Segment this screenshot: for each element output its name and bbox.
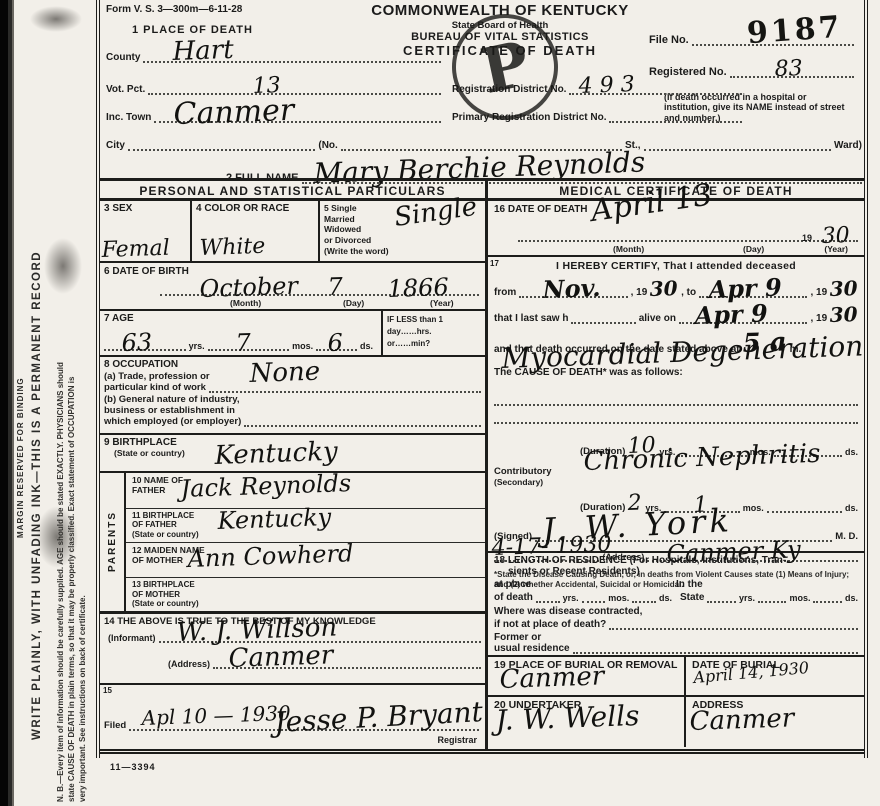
voting-precinct-label: Vot. Pct. xyxy=(106,84,145,95)
place-of-death-title: 1 PLACE OF DEATH xyxy=(132,24,253,36)
sex-value: Femal xyxy=(101,240,170,261)
file-number-value: 9187 xyxy=(746,10,844,52)
certify-saw1: that I last saw h xyxy=(494,313,568,324)
certify-to-value: Apr 9 xyxy=(708,277,782,300)
occupation-a2: particular kind of work xyxy=(104,382,206,393)
sex-race-marital-row: 3 SEX Femal 4 COLOR OR RACE White 5 Sing… xyxy=(100,201,485,263)
if-not-label: if not at place of death? xyxy=(494,619,606,630)
if-not-blank xyxy=(609,627,858,630)
occupation-b1: (b) General nature of industry, xyxy=(104,394,481,405)
certify-saw-line: that I last saw h alive on Apr 9 , 19 30 xyxy=(494,307,858,324)
margin-nb-note: N. B.—Every item of information should b… xyxy=(56,6,87,802)
contributory-label: Contributory xyxy=(494,466,552,477)
informant-address-line: (Address) Canmer xyxy=(168,659,481,669)
residence-state-label: State xyxy=(680,592,704,603)
certify-y1-value: 30 xyxy=(650,280,678,298)
contributory-field: Contributory Chronic Nephritis (Secondar… xyxy=(494,461,858,487)
residence-yrs-label: yrs. xyxy=(563,593,579,603)
sex-field: 3 SEX Femal xyxy=(100,201,192,261)
medical-column: MEDICAL CERTIFICATE OF DEATH 16 DATE OF … xyxy=(488,178,864,749)
informant-value: W. J. Willson xyxy=(176,616,337,644)
residence-in-the-label: In the xyxy=(676,579,703,590)
registrar-label: Registrar xyxy=(437,735,477,745)
contributory-value: Chronic Nephritis xyxy=(583,443,821,473)
city-label: City xyxy=(106,140,125,151)
usual-residence-blank xyxy=(573,651,858,654)
occupation-b3: which employed (or employer) xyxy=(104,416,241,427)
personal-column: PERSONAL AND STATISTICAL PARTICULARS 3 S… xyxy=(100,178,488,749)
mother-birthplace-label: 13 BIRTHPLACE OF MOTHER (State or countr… xyxy=(132,580,479,609)
occupation-b3-line: which employed (or employer) xyxy=(104,416,481,427)
undertaker-address-value: Canmer xyxy=(689,707,794,733)
margin-nb-line1: N. B.—Every item of information should b… xyxy=(56,6,65,802)
undertaker-row: 20 UNDERTAKER J. W. Wells ADDRESS Canmer xyxy=(488,697,864,747)
informant-row: 14 THE ABOVE IS TRUE TO THE BEST OF MY K… xyxy=(100,613,485,685)
county-label: County xyxy=(106,52,140,63)
age-label: 7 AGE xyxy=(104,313,377,324)
residence-row: 18 LENGTH OF RESIDENCE (For Hospitals, I… xyxy=(488,553,864,657)
parents-sidebar: PARENTS xyxy=(100,473,126,611)
occupation-b2: business or establishment in xyxy=(104,405,481,416)
file-number-label: File No. xyxy=(649,34,689,46)
dob-year-value: 1866 xyxy=(387,276,449,299)
contributory-duration-mos: mos. xyxy=(743,503,764,513)
registered-number-value: 83 xyxy=(774,60,803,80)
filed-row: 15 Filed Apl 10 — 1930 Jesse P. Bryant R… xyxy=(100,685,485,751)
age-months-value: 7 xyxy=(235,332,251,353)
dod-day-label: (Day) xyxy=(743,244,764,254)
age-months-blank: 7 xyxy=(208,348,290,351)
margin-permanent-note: WRITE PLAINLY, WITH UNFADING INK—THIS IS… xyxy=(31,80,43,740)
burial-date-field: DATE OF BURIAL April 14, 1930 xyxy=(686,657,864,695)
margin-binding-note: MARGIN RESERVED FOR BINDING xyxy=(16,318,25,538)
dod-month-label: (Month) xyxy=(613,244,644,254)
mother-name-value: Ann Cowherd xyxy=(187,543,353,569)
birthplace-value: Kentucky xyxy=(214,441,338,467)
race-value: White xyxy=(199,238,265,259)
father-birthplace-field: 11 BIRTHPLACE OF FATHER (State or countr… xyxy=(126,509,485,543)
date-of-birth-row: 6 DATE OF BIRTH October 7 1866 (Month) (… xyxy=(100,263,485,311)
informant-address-blank: Canmer xyxy=(213,666,481,669)
father-birthplace-value: Kentucky xyxy=(217,507,331,531)
cause-blank-line1 xyxy=(494,404,858,406)
secondary-label: (Secondary) xyxy=(494,477,858,487)
burial-place-field: 19 PLACE OF BURIAL OR REMOVAL Canmer xyxy=(488,657,686,695)
age-less-than-day-note: IF LESS than 1 day……hrs. or……min? xyxy=(381,311,485,355)
informant-label: (Informant) xyxy=(108,633,156,643)
certify-from-value: Nov. xyxy=(543,278,602,300)
certify-y2-value: 30 xyxy=(830,280,858,298)
dob-month-label: (Month) xyxy=(230,298,261,308)
certify-from-blank: Nov. xyxy=(519,295,627,298)
usual-residence-line: usual residence xyxy=(494,643,858,654)
informant-address-value: Canmer xyxy=(228,644,333,670)
inc-town-value: Canmer xyxy=(173,97,295,127)
death-certificate-scan: MARGIN RESERVED FOR BINDING WRITE PLAINL… xyxy=(0,0,880,806)
residence-state-line: State yrs. mos. ds. xyxy=(680,592,858,603)
parents-fields: 10 NAME OF FATHER Jack Reynolds 11 BIRTH… xyxy=(126,473,485,611)
inc-town-label: Inc. Town xyxy=(106,112,151,123)
informant-address-label: (Address) xyxy=(168,659,210,669)
undertaker-value: J. W. Wells xyxy=(495,704,640,733)
registration-district-blank: 4 9 3 xyxy=(569,92,742,95)
occupation-b-blank xyxy=(244,424,481,427)
date-of-death-row: 16 DATE OF DEATH April 13 19 30 (Month) … xyxy=(488,201,864,257)
dob-month-value: October xyxy=(199,275,298,299)
mother-birthplace-field: 13 BIRTHPLACE OF MOTHER (State or countr… xyxy=(126,578,485,611)
registered-number-blank: 83 xyxy=(730,75,854,78)
dod-year-label: (Year) xyxy=(824,244,848,254)
cause-of-death-value: Myocardial Degeneration xyxy=(501,334,863,370)
certify-y1-printed: , 19 xyxy=(631,287,648,298)
registered-number-field: Registered No. 83 xyxy=(649,66,854,78)
residence-mos-label: mos. xyxy=(608,593,629,603)
state-yrs-blank xyxy=(707,600,736,603)
certify-to-label: , to xyxy=(681,287,696,298)
dob-day-value: 7 xyxy=(327,276,343,297)
filed-number: 15 xyxy=(103,686,112,695)
certification-row: 17 I HEREBY CERTIFY, That I attended dec… xyxy=(488,257,864,553)
state-mos-label: mos. xyxy=(789,593,810,603)
dod-year-printed: 19 xyxy=(802,233,812,243)
age-years-blank: 63 xyxy=(104,348,186,351)
age-years-label: yrs. xyxy=(189,341,205,351)
residence-ds-blank xyxy=(632,600,656,603)
state-yrs-label: yrs. xyxy=(739,593,755,603)
age-field: 7 AGE 63 yrs. 7 mos. 6 xyxy=(100,311,381,355)
signed-md-label: M. D. xyxy=(835,531,858,542)
filed-date-value: Apl 10 — 1930 xyxy=(141,705,291,727)
city-field: City (No. St., Ward) xyxy=(106,140,862,151)
certify-saw-value: Apr 9 xyxy=(694,303,768,326)
certify-saw-blank2: Apr 9 xyxy=(679,321,808,324)
certify-y3-printed: , 19 xyxy=(810,313,827,324)
dob-day-label: (Day) xyxy=(343,298,364,308)
contributory-duration-ds: ds. xyxy=(845,503,858,513)
cause-blank-line2 xyxy=(494,422,858,424)
certify-y2-printed: , 19 xyxy=(810,287,827,298)
ward-label: Ward) xyxy=(834,140,862,151)
residence-place-row: at place In the xyxy=(494,579,858,590)
occupation-row: 8 OCCUPATION (a) Trade, profession or pa… xyxy=(100,357,485,435)
margin-nb-line2: state CAUSE OF DEATH in plain terms, so … xyxy=(67,6,76,802)
contributory-duration-ds-blank xyxy=(767,510,842,513)
voting-precinct-blank: 13 xyxy=(148,92,441,95)
p-stamp-letter: P xyxy=(475,26,536,107)
certify-number: 17 xyxy=(490,259,499,268)
race-label: 4 COLOR OR RACE xyxy=(196,203,314,214)
residence-of-death-line: of death yrs. mos. ds. xyxy=(494,592,672,603)
race-field: 4 COLOR OR RACE White xyxy=(192,201,320,261)
certify-line1: I HEREBY CERTIFY, That I attended deceas… xyxy=(494,260,858,272)
occupation-a-blank xyxy=(209,390,481,393)
cause-duration-ds: ds. xyxy=(845,447,858,457)
undertaker-field: 20 UNDERTAKER J. W. Wells xyxy=(488,697,686,747)
if-not-line: if not at place of death? xyxy=(494,619,858,630)
disease-contracted-label: Where was disease contracted, xyxy=(494,606,858,617)
primary-registration-blank xyxy=(609,120,742,123)
residence-yrs-blank xyxy=(536,600,560,603)
burial-place-value: Canmer xyxy=(499,665,604,691)
residence-in-the: In the xyxy=(676,579,858,590)
residence-ds-label: ds. xyxy=(659,593,672,603)
age-row: 7 AGE 63 yrs. 7 mos. 6 xyxy=(100,311,485,357)
father-name-value: Jack Reynolds xyxy=(180,473,351,499)
certify-from-label: from xyxy=(494,287,516,298)
parents-block: PARENTS 10 NAME OF FATHER Jack Reynolds … xyxy=(100,473,485,613)
age-months-label: mos. xyxy=(292,341,313,351)
age-line: 63 yrs. 7 mos. 6 ds. xyxy=(104,341,373,351)
residence-at-place: at place xyxy=(494,579,676,590)
county-field: County Hart xyxy=(106,52,441,63)
county-value: Hart xyxy=(173,39,235,63)
form-number: Form V. S. 3—300m—6-11-28 xyxy=(106,4,242,15)
burial-row: 19 PLACE OF BURIAL OR REMOVAL Canmer DAT… xyxy=(488,657,864,697)
registration-district-value: 4 9 3 xyxy=(579,76,636,97)
print-code: 11—3394 xyxy=(110,762,156,772)
age-years-value: 63 xyxy=(121,332,152,353)
certificate-body: PERSONAL AND STATISTICAL PARTICULARS 3 S… xyxy=(100,178,864,754)
age-days-blank: 6 xyxy=(316,348,357,351)
occupation-value: None xyxy=(249,361,320,386)
birthplace-row: 9 BIRTHPLACE (State or country) Kentucky xyxy=(100,435,485,473)
certify-saw-blank1 xyxy=(571,321,635,324)
certify-to-blank: Apr 9 xyxy=(699,295,807,298)
marital-field: 5 Single Married Widowed or Divorced (Wr… xyxy=(320,201,485,261)
dob-year-label: (Year) xyxy=(430,298,454,308)
certificate-header: Form V. S. 3—300m—6-11-28 COMMONWEALTH O… xyxy=(100,0,864,178)
state-mos-blank xyxy=(758,600,787,603)
file-number-blank: 9187 xyxy=(692,43,854,46)
street-blank xyxy=(644,148,831,151)
registered-number-label: Registered No. xyxy=(649,66,727,78)
filed-label: Filed xyxy=(104,720,126,731)
certify-from-line: from Nov. , 19 30 , to Apr 9 , 19 30 xyxy=(494,281,858,298)
residence-at-place-label: at place xyxy=(494,579,531,590)
inc-town-blank: Canmer xyxy=(154,120,441,123)
state-ds-blank xyxy=(813,600,842,603)
residence-of-death-label: of death xyxy=(494,592,533,603)
sex-label: 3 SEX xyxy=(104,203,186,214)
certify-y3-value: 30 xyxy=(830,306,858,324)
state-ds-label: ds. xyxy=(845,593,858,603)
residence-values-row: of death yrs. mos. ds. State yrs. mos. d… xyxy=(494,592,858,603)
certificate-sheet: Form V. S. 3—300m—6-11-28 COMMONWEALTH O… xyxy=(96,0,868,758)
file-number-field: File No. 9187 xyxy=(649,34,854,46)
inc-town-field: Inc. Town Canmer xyxy=(106,112,441,123)
residence-title2: sients or Recent Residents) xyxy=(508,566,858,577)
certify-saw2: alive on xyxy=(639,313,676,324)
residence-mos-blank xyxy=(582,600,606,603)
binding-edge xyxy=(0,0,14,806)
signed-date-value: 4-17- 1930 xyxy=(491,536,611,559)
undertaker-address-field: ADDRESS Canmer xyxy=(686,697,864,747)
margin-nb-line3: very important. See instructions on back… xyxy=(78,6,87,802)
city-blank xyxy=(128,148,315,151)
age-days-label: ds. xyxy=(360,341,373,351)
county-blank: Hart xyxy=(143,60,441,63)
age-days-value: 6 xyxy=(327,332,343,353)
former-label: Former or xyxy=(494,632,858,643)
mother-name-field: 12 MAIDEN NAME OF MOTHER Ann Cowherd xyxy=(126,543,485,579)
usual-residence-label: usual residence xyxy=(494,643,570,654)
parents-sidebar-label: PARENTS xyxy=(107,511,118,572)
street-no-label: (No. xyxy=(318,140,337,151)
